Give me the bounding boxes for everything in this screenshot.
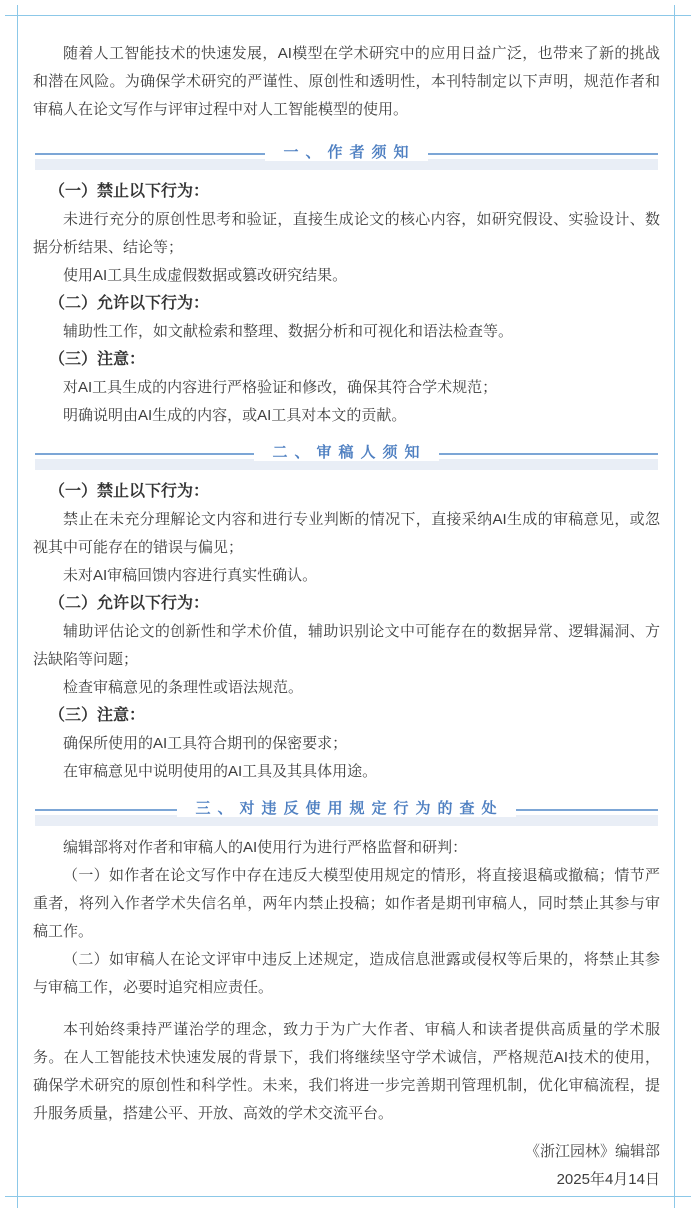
item-subheading: （二）允许以下行为： [33, 290, 660, 318]
paragraph: 确保所使用的AI工具符合期刊的保密要求； [33, 730, 660, 758]
item-subheading: （一）禁止以下行为： [33, 178, 660, 206]
sections-container: 一、作者须知（一）禁止以下行为：未进行充分的原创性思考和验证，直接生成论文的核心… [33, 140, 660, 1002]
paragraph: 未进行充分的原创性思考和验证，直接生成论文的核心内容，如研究假设、实验设计、数据… [33, 206, 660, 262]
paragraph: 编辑部将对作者和审稿人的AI使用行为进行严格监督和研判： [33, 834, 660, 862]
paragraph: 在审稿意见中说明使用的AI工具及其具体用途。 [33, 758, 660, 786]
paragraph: （一）如作者在论文写作中存在违反大模型使用规定的情形，将直接退稿或撤稿；情节严重… [33, 862, 660, 946]
frame-line-right [674, 5, 675, 1208]
item-subheading: （二）允许以下行为： [33, 590, 660, 618]
paragraph: 辅助性工作，如文献检索和整理、数据分析和可视化和语法检查等。 [33, 318, 660, 346]
paragraph: （二）如审稿人在论文评审中违反上述规定，造成信息泄露或侵权等后果的，将禁止其参与… [33, 946, 660, 1002]
section-header: 一、作者须知 [33, 140, 660, 170]
signature-date: 2025年4月14日 [33, 1166, 660, 1194]
section-title: 三、对违反使用规定行为的查处 [177, 800, 515, 817]
closing-paragraph: 本刊始终秉持严谨治学的理念，致力于为广大作者、审稿人和读者提供高质量的学术服务。… [33, 1016, 660, 1128]
paragraph: 使用AI工具生成虚假数据或篡改研究结果。 [33, 262, 660, 290]
item-subheading: （三）注意： [33, 346, 660, 374]
paragraph: 未对AI审稿回馈内容进行真实性确认。 [33, 562, 660, 590]
section-header: 三、对违反使用规定行为的查处 [33, 796, 660, 826]
paragraph: 检查审稿意见的条理性或语法规范。 [33, 674, 660, 702]
paragraph: 禁止在未充分理解论文内容和进行专业判断的情况下，直接采纳AI生成的审稿意见，或忽… [33, 506, 660, 562]
section-header: 二、审稿人须知 [33, 440, 660, 470]
item-subheading: （三）注意： [33, 702, 660, 730]
signature-block: 《浙江园林》编辑部 2025年4月14日 [33, 1138, 660, 1194]
section-title: 二、审稿人须知 [254, 444, 438, 461]
section-title: 一、作者须知 [265, 144, 427, 161]
item-subheading: （一）禁止以下行为： [33, 478, 660, 506]
intro-paragraph: 随着人工智能技术的快速发展，AI模型在学术研究中的应用日益广泛，也带来了新的挑战… [33, 40, 660, 124]
frame-line-left [17, 5, 18, 1208]
paragraph: 明确说明由AI生成的内容，或AI工具对本文的贡献。 [33, 402, 660, 430]
signature-org: 《浙江园林》编辑部 [33, 1138, 660, 1166]
frame-line-bottom [5, 1196, 691, 1197]
paragraph: 辅助评估论文的创新性和学术价值，辅助识别论文中可能存在的数据异常、逻辑漏洞、方法… [33, 618, 660, 674]
paragraph: 对AI工具生成的内容进行严格验证和修改，确保其符合学术规范； [33, 374, 660, 402]
document-body: 随着人工智能技术的快速发展，AI模型在学术研究中的应用日益广泛，也带来了新的挑战… [33, 15, 660, 1196]
